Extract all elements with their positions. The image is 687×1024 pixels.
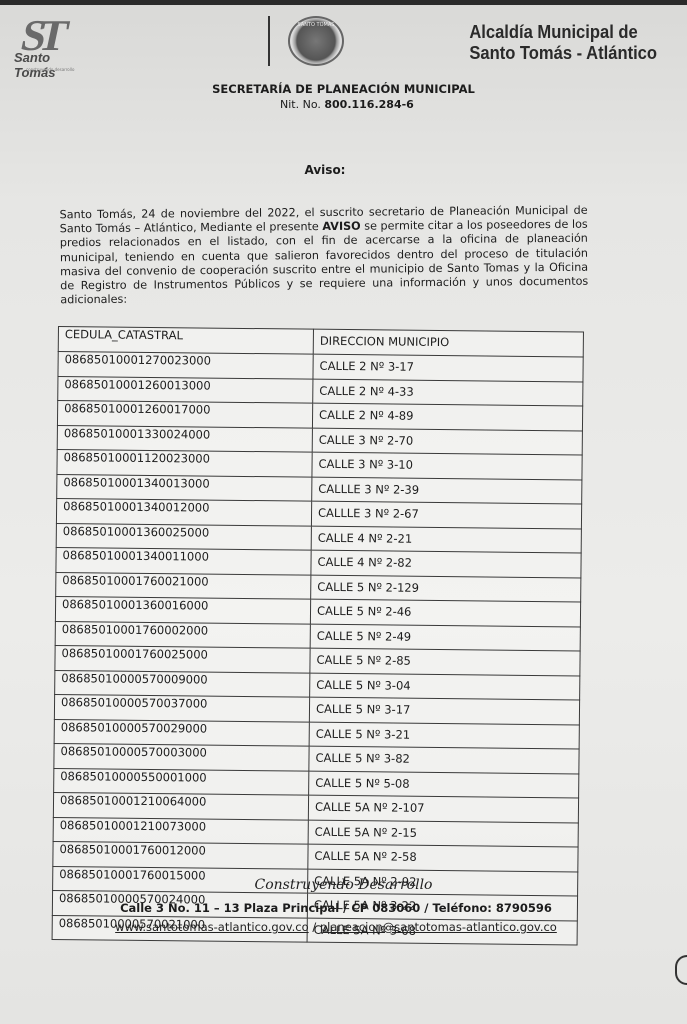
cedula-cell: 08685010001360025000: [56, 523, 311, 550]
footer-address: Calle 3 No. 11 – 13 Plaza Principal / CP…: [0, 901, 672, 915]
direccion-cell: CALLE 5A Nº 2-15: [308, 820, 578, 847]
direccion-cell: CALLE 5A Nº 2-107: [308, 795, 578, 822]
footer-contacts: www.santotomas-atlantico.gov.co / planea…: [0, 920, 672, 934]
direccion-cell: CALLE 5 Nº 2-46: [310, 599, 580, 626]
cedula-cell: 08685010001760002000: [55, 621, 310, 648]
direccion-cell: CALLE 5 Nº 3-82: [309, 746, 579, 773]
cedula-cell: 08685010001340011000: [56, 547, 311, 574]
cedula-cell: 08685010000550001000: [54, 768, 309, 795]
column-header-cedula: CEDULA_CATASTRAL: [58, 327, 313, 355]
cedula-cell: 08685010001760021000: [56, 572, 311, 599]
website-link[interactable]: www.santotomas-atlantico.gov.co: [115, 920, 309, 934]
direccion-cell: CALLE 2 Nº 4-33: [313, 379, 583, 406]
cedula-cell: 08685010000570003000: [54, 743, 309, 770]
email-link[interactable]: planeacion@santotomas-atlantico.gov.co: [320, 920, 557, 934]
cedula-cell: 08685010001260013000: [58, 376, 313, 403]
direccion-cell: CALLLE 3 Nº 2-39: [312, 477, 582, 504]
direccion-cell: CALLE 5 Nº 2-129: [311, 575, 581, 602]
direccion-cell: CALLE 5A Nº 2-58: [308, 844, 578, 871]
direccion-cell: CALLE 5 Nº 3-17: [309, 697, 579, 724]
cedula-cell: 08685010001210064000: [53, 792, 308, 819]
cedula-cell: 08685010001360016000: [55, 596, 310, 623]
direccion-cell: CALLE 3 Nº 2-70: [312, 428, 582, 455]
direccion-cell: CALLE 5 Nº 2-85: [310, 648, 580, 675]
cedula-cell: 08685010001760025000: [55, 645, 310, 672]
logo-tagline: construyendo desarrollo: [26, 67, 74, 72]
direccion-cell: CALLE 5 Nº 3-21: [309, 722, 579, 749]
notice-body: Santo Tomás, 24 de noviembre del 2022, e…: [60, 204, 589, 308]
logo-name: Santo Tomás: [14, 50, 92, 80]
santo-tomas-logo: ST Santo Tomás construyendo desarrollo: [12, 10, 92, 72]
cedula-cell: 08685010001330024000: [57, 425, 312, 452]
properties-table: CEDULA_CATASTRALDIRECCION MUNICIPIO08685…: [52, 326, 584, 945]
cedula-cell: 08685010000570037000: [54, 694, 309, 721]
nit-value: 800.116.284-6: [324, 98, 413, 111]
handwritten-mark: [675, 955, 687, 985]
direccion-cell: CALLE 5 Nº 5-08: [309, 771, 579, 798]
cedula-cell: 08685010000570029000: [54, 719, 309, 746]
direccion-cell: CALLE 3 Nº 3-10: [312, 452, 582, 479]
cedula-cell: 08685010001270023000: [58, 352, 313, 379]
municipal-seal-icon: SANTO TOMAS: [288, 16, 344, 66]
direccion-cell: CALLE 5 Nº 2-49: [310, 624, 580, 651]
direccion-cell: CALLE 2 Nº 3-17: [313, 354, 583, 381]
footer-slogan: Construyendo Desarrollo: [0, 877, 687, 893]
organization-name: Alcaldía Municipal de Santo Tomás - Atlá…: [469, 22, 657, 64]
cedula-cell: 08685010001260017000: [57, 401, 312, 428]
header-divider: [268, 16, 270, 66]
column-header-direccion: DIRECCION MUNICIPIO: [313, 329, 583, 357]
direccion-cell: CALLE 4 Nº 2-21: [311, 526, 581, 553]
seal-text: SANTO TOMAS: [290, 22, 342, 28]
department-title: SECRETARÍA DE PLANEACIÓN MUNICIPAL: [0, 82, 687, 96]
cedula-cell: 08685010001340012000: [56, 498, 311, 525]
cedula-cell: 08685010000570009000: [55, 670, 310, 697]
nit-label: Nit. No.: [280, 98, 321, 111]
direccion-cell: CALLE 2 Nº 4-89: [312, 403, 582, 430]
photo-top-edge: [0, 0, 687, 5]
direccion-cell: CALLE 4 Nº 2-82: [311, 550, 581, 577]
nit-line: Nit. No. 800.116.284-6: [280, 98, 414, 111]
direccion-cell: CALLE 5 Nº 3-04: [310, 673, 580, 700]
notice-title: Aviso:: [0, 163, 650, 177]
cedula-cell: 08685010001210073000: [53, 817, 308, 844]
footer-separator: /: [309, 920, 320, 934]
notice-body-bold: AVISO: [322, 220, 360, 233]
org-line-1: Alcaldía Municipal de: [469, 22, 657, 43]
cedula-cell: 08685010001340013000: [57, 474, 312, 501]
cedula-cell: 08685010001120023000: [57, 449, 312, 476]
direccion-cell: CALLLE 3 Nº 2-67: [311, 501, 581, 528]
cedula-cell: 08685010001760012000: [53, 841, 308, 868]
org-line-2: Santo Tomás - Atlántico: [469, 43, 657, 64]
